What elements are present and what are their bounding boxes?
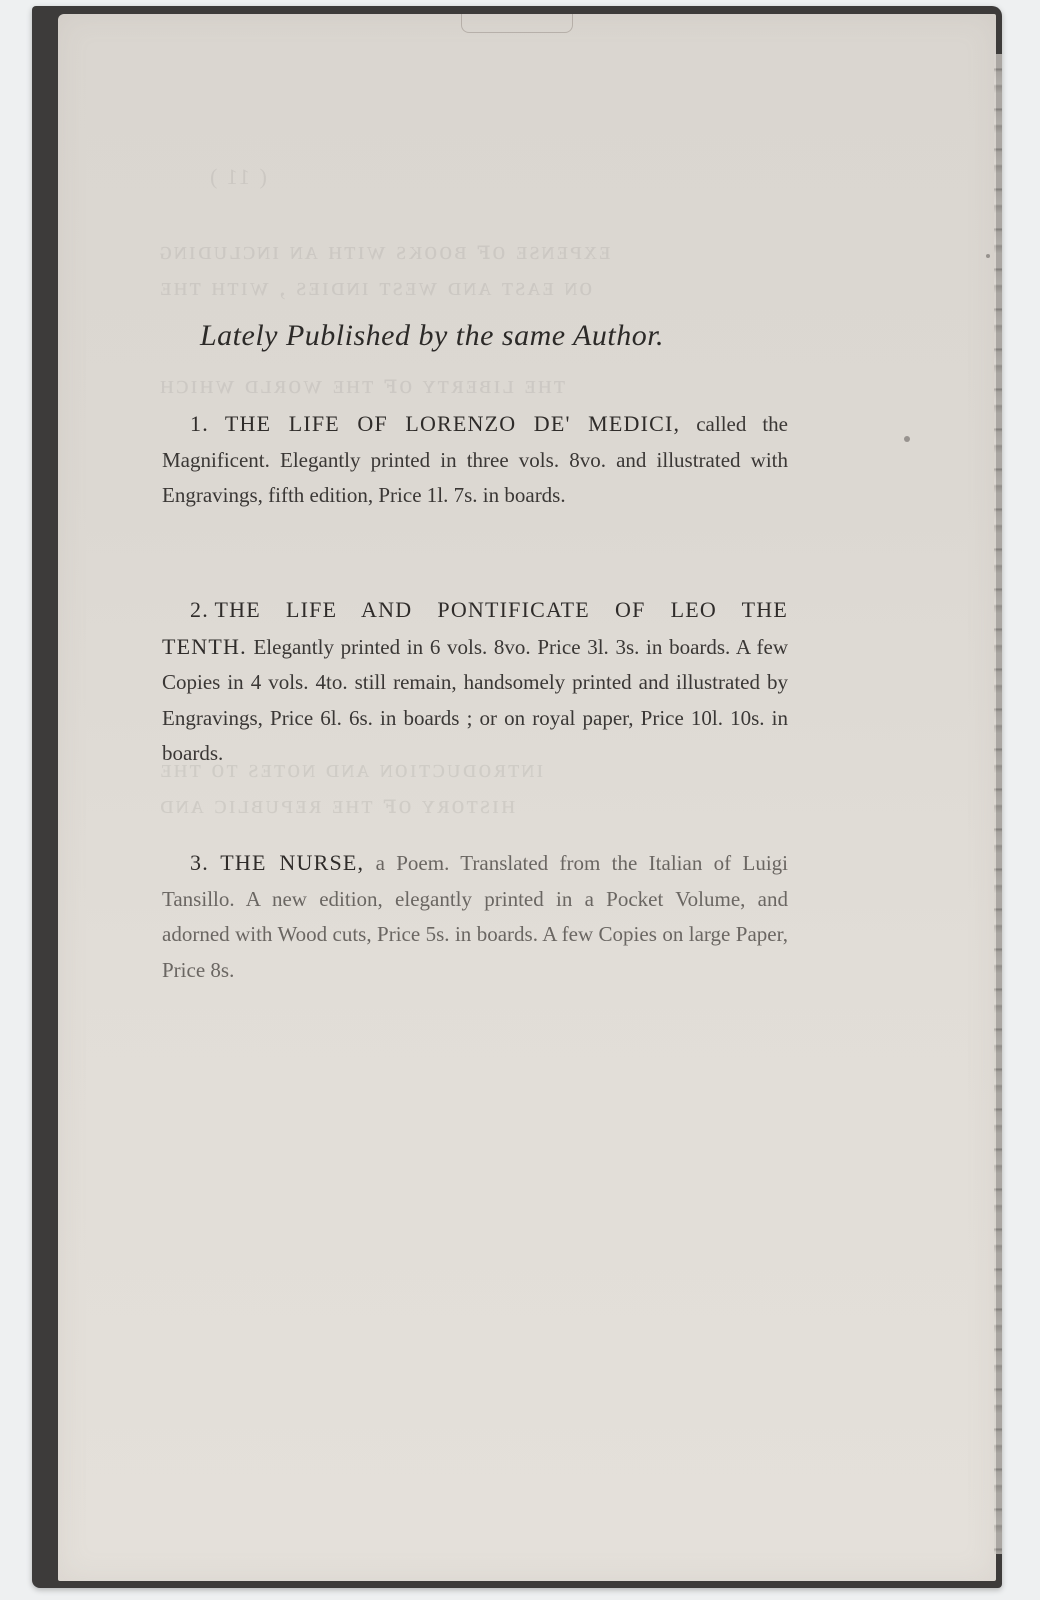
paper-blemish: [986, 254, 990, 258]
entry-title: THE NURSE,: [220, 850, 364, 875]
book-entry-2: 2. THE LIFE AND PONTIFICATE OF LEO THE T…: [162, 592, 788, 772]
show-through-text: ᴛʜᴇ ʟɪʙᴇʀᴛʏ ᴏꜰ ᴛʜᴇ ᴡᴏʀʟᴅ ᴡʜɪᴄʜ: [158, 370, 565, 400]
show-through-text: ᴏɴ ᴇᴀsᴛ ᴀɴᴅ ᴡᴇsᴛ ɪɴᴅɪᴇs , ᴡɪᴛʜ ᴛʜᴇ: [158, 272, 592, 302]
book-entry-3: 3. THE NURSE, a Poem. Translated from th…: [162, 845, 788, 988]
entry-title: THE LIFE OF LORENZO DE' MEDICI,: [225, 411, 680, 436]
entry-number: 1.: [162, 411, 209, 436]
page-heading: Lately Published by the same Author.: [200, 319, 664, 353]
paper-blemish: [904, 436, 910, 442]
book-entry-1: 1. THE LIFE OF LORENZO DE' MEDICI, calle…: [162, 406, 788, 514]
page-tab-mark: [461, 14, 573, 33]
show-through-text: ʜɪsᴛᴏʀʏ ᴏꜰ ᴛʜᴇ ʀᴇᴘᴜʙʟɪᴄ ᴀɴᴅ: [158, 790, 515, 820]
show-through-text: ( 11 ): [208, 164, 267, 190]
entry-body: Elegantly printed in 6 vols. 8vo. Price …: [162, 635, 788, 766]
entry-number: 2.: [162, 597, 209, 622]
book-page: ( 11 ) ᴇxᴘᴇɴsᴇ ᴏꜰ ʙᴏᴏᴋs ᴡɪᴛʜ ᴀɴ ɪɴᴄʟᴜᴅɪɴ…: [58, 14, 996, 1581]
entry-number: 3.: [162, 850, 209, 875]
show-through-text: ᴇxᴘᴇɴsᴇ ᴏꜰ ʙᴏᴏᴋs ᴡɪᴛʜ ᴀɴ ɪɴᴄʟᴜᴅɪɴɢ: [158, 236, 610, 266]
